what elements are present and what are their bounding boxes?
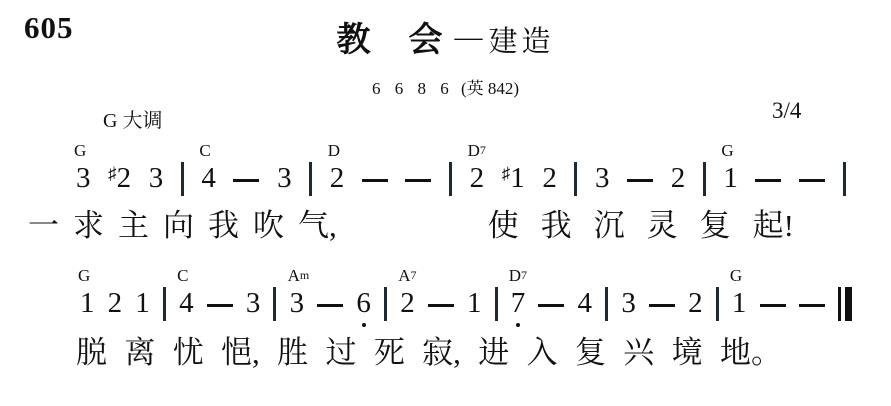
chord-label: G xyxy=(78,267,90,284)
lyric-syllable: 寂, xyxy=(422,334,461,371)
note-digit: A72 xyxy=(400,289,415,318)
note-digit: 2 xyxy=(542,164,557,193)
chord-label: D7 xyxy=(468,142,486,159)
lyric-syllable: 入 xyxy=(527,334,558,371)
title-dash: — xyxy=(454,22,482,53)
lyric-syllable: 进 xyxy=(478,334,509,371)
chord-label: D7 xyxy=(509,267,527,284)
chord-label: D xyxy=(328,142,340,159)
barline xyxy=(716,287,719,321)
lyric-syllable: 起! xyxy=(753,207,794,244)
lyric-syllable: 沉 xyxy=(594,207,625,244)
sharp-accidental-icon: ♯ xyxy=(502,164,511,183)
barline xyxy=(384,287,387,321)
sustain-dash xyxy=(405,179,431,182)
sustain-dash xyxy=(755,179,781,182)
hymn-title: 教 会 xyxy=(336,21,444,59)
hymn-subtitle: 建造 xyxy=(488,26,554,58)
note-digit: D72 xyxy=(470,164,485,193)
lyric-syllable: 灵 xyxy=(647,207,678,244)
note-digit: G1 xyxy=(732,289,747,318)
lyric-syllable: 向 xyxy=(163,207,194,244)
lyric-syllable: 主 xyxy=(118,207,149,244)
lyric-syllable: 胜 xyxy=(277,334,308,371)
chord-quality: 7 xyxy=(521,268,527,282)
final-double-barline xyxy=(838,287,852,321)
note-digit: 4 xyxy=(578,289,593,318)
lyric-syllable: 一 xyxy=(28,207,59,244)
note-digit: 3 xyxy=(277,164,292,193)
barline xyxy=(605,287,608,321)
sustain-dash xyxy=(207,304,233,307)
meter-reference: (英 842) xyxy=(461,79,519,98)
meter-row: 6 6 8 6 (英 842) xyxy=(0,74,891,99)
note-digit: G1 xyxy=(80,289,95,318)
chord-label: A7 xyxy=(398,267,416,284)
lyric-syllable: 过 xyxy=(325,334,356,371)
meter-numbers: 6 6 8 6 xyxy=(372,79,454,98)
chord-label: C xyxy=(199,142,210,159)
lyric-syllable: 死 xyxy=(374,334,405,371)
sustain-dash xyxy=(799,304,825,307)
note-digit: C4 xyxy=(201,164,216,193)
note-digit: C4 xyxy=(179,289,194,318)
lyric-syllable: 地。 xyxy=(720,334,782,371)
lyric-phrase: 一求主向我吹气, xyxy=(28,207,337,244)
lyric-syllable: 忧 xyxy=(173,334,204,371)
sustain-dash xyxy=(317,304,343,307)
chord-label: Am xyxy=(288,267,310,284)
chord-label: G xyxy=(730,267,742,284)
chord-label: G xyxy=(721,142,733,159)
note-digit: ♯2 xyxy=(108,164,131,193)
lyric-syllable: 我 xyxy=(541,207,572,244)
lyrics-line-2: 脱离忧悒,胜过死寂,进入复兴境地。 xyxy=(76,334,782,371)
sustain-dash xyxy=(760,304,786,307)
lyric-syllable: 使 xyxy=(488,207,519,244)
lyric-syllable: 悒, xyxy=(221,334,260,371)
lyric-syllable: 我 xyxy=(208,207,239,244)
lyric-phrase: 使我沉灵复起! xyxy=(488,207,794,244)
note-digit: ♯1 xyxy=(502,164,525,193)
lyric-syllable: 吹 xyxy=(253,207,284,244)
note-digit: 2 xyxy=(688,289,703,318)
note-digit: Am3 xyxy=(290,289,305,318)
note-digit: G3 xyxy=(76,164,91,193)
barline xyxy=(449,162,452,196)
lyric-syllable: 离 xyxy=(124,334,155,371)
note-digit: D77 xyxy=(511,289,526,318)
chord-label: C xyxy=(177,267,188,284)
barline xyxy=(703,162,706,196)
note-digit: 3 xyxy=(595,164,610,193)
barline xyxy=(574,162,577,196)
sustain-dash xyxy=(428,304,454,307)
barline xyxy=(273,287,276,321)
note-digit: G1 xyxy=(723,164,738,193)
low-octave-dot xyxy=(362,323,366,327)
lyric-syllable: 复 xyxy=(575,334,606,371)
key-signature-label: G 大调 xyxy=(103,104,162,133)
sustain-dash xyxy=(362,179,388,182)
chord-quality: 7 xyxy=(410,268,416,282)
barline xyxy=(181,162,184,196)
note-digit: 3 xyxy=(246,289,261,318)
lyric-phrase: 脱离忧悒,胜过死寂,进入复兴境地。 xyxy=(76,334,782,371)
lyric-syllable: 复 xyxy=(700,207,731,244)
note-digit: D2 xyxy=(330,164,345,193)
title-row: 教 会—建造 xyxy=(0,12,891,61)
lyric-syllable: 境 xyxy=(672,334,703,371)
low-octave-dot xyxy=(516,323,520,327)
note-digit: 1 xyxy=(467,289,482,318)
barline xyxy=(843,162,846,196)
note-digit: 3 xyxy=(149,164,164,193)
lyric-syllable: 气, xyxy=(298,207,337,244)
barline xyxy=(309,162,312,196)
chord-quality: m xyxy=(300,268,309,282)
note-digit: 6 xyxy=(356,289,371,318)
hymn-sheet-page: 605 教 会—建造 6 6 8 6 (英 842) G 大调 3/4 G3♯2… xyxy=(0,0,891,406)
lyrics-line-1: 一求主向我吹气,使我沉灵复起! xyxy=(28,207,794,244)
score-line-2: G121C43Am36A721D77432G1 xyxy=(80,282,852,318)
note-digit: 2 xyxy=(108,289,123,318)
note-digit: 3 xyxy=(621,289,636,318)
lyric-syllable: 脱 xyxy=(76,334,107,371)
sustain-dash xyxy=(627,179,653,182)
note-digit: 1 xyxy=(135,289,150,318)
barline xyxy=(163,287,166,321)
chord-quality: 7 xyxy=(480,143,486,157)
sustain-dash xyxy=(799,179,825,182)
sustain-dash xyxy=(538,304,564,307)
sustain-dash xyxy=(233,179,259,182)
note-digit: 2 xyxy=(671,164,686,193)
sustain-dash xyxy=(649,304,675,307)
barline xyxy=(495,287,498,321)
barline-thick xyxy=(845,287,852,321)
chord-label: G xyxy=(74,142,86,159)
score-line-1: G3♯23C43D2D72♯1232G1 xyxy=(76,157,846,193)
sharp-accidental-icon: ♯ xyxy=(108,164,117,183)
lyric-syllable: 兴 xyxy=(623,334,654,371)
time-signature: 3/4 xyxy=(772,98,801,124)
barline-thin xyxy=(838,287,841,321)
lyric-syllable: 求 xyxy=(73,207,104,244)
